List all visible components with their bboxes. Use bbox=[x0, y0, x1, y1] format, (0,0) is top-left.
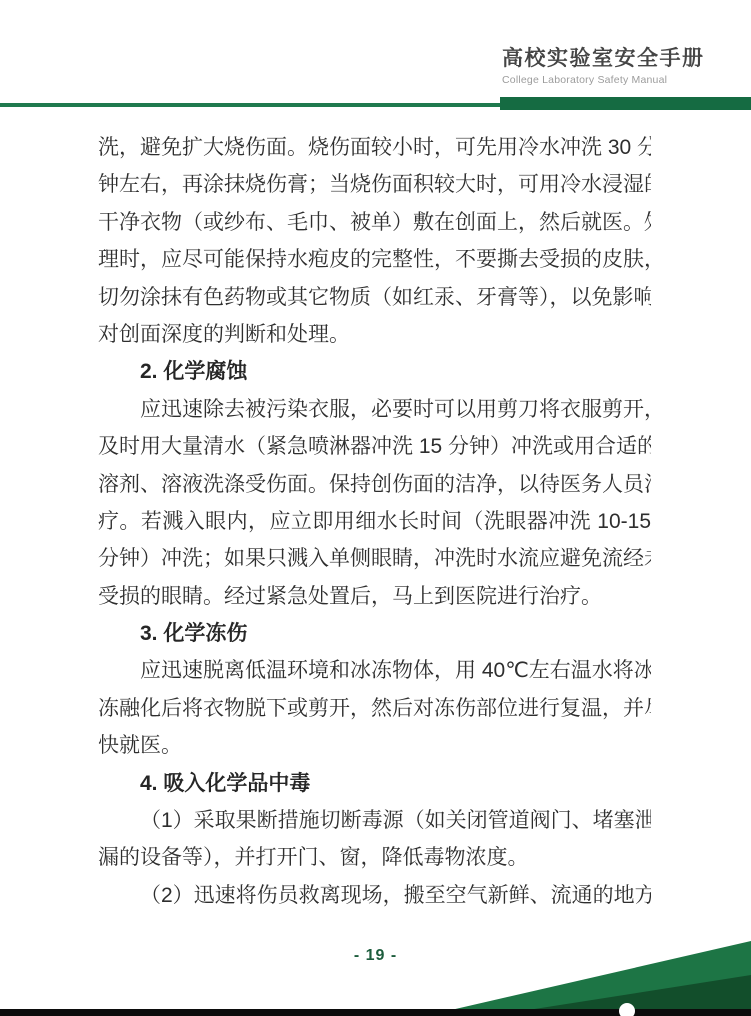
text-line: （2）迅速将伤员救离现场，搬至空气新鲜、流通的地方， bbox=[98, 877, 651, 914]
header: 高校实验室安全手册 College Laboratory Safety Manu… bbox=[502, 47, 712, 86]
footer-swoosh-graphic bbox=[0, 936, 751, 1016]
page-body: 洗，避免扩大烧伤面。烧伤面较小时，可先用冷水冲洗 30 分 钟左右，再涂抹烧伤膏… bbox=[98, 129, 651, 914]
text-line: 冻融化后将衣物脱下或剪开，然后对冻伤部位进行复温，并尽 bbox=[98, 690, 651, 727]
text-line: 应迅速除去被污染衣服，必要时可以用剪刀将衣服剪开， bbox=[98, 391, 651, 428]
text-line: 及时用大量清水（紧急喷淋器冲洗 15 分钟）冲洗或用合适的 bbox=[98, 428, 651, 465]
manual-page: 高校实验室安全手册 College Laboratory Safety Manu… bbox=[0, 0, 751, 1016]
text-line: 受损的眼睛。经过紧急处置后，马上到医院进行治疗。 bbox=[98, 578, 651, 615]
text-line: （1）采取果断措施切断毒源（如关闭管道阀门、堵塞泄 bbox=[98, 802, 651, 839]
text-line: 切勿涂抹有色药物或其它物质（如红汞、牙膏等），以免影响 bbox=[98, 279, 651, 316]
section-heading: 2. 化学腐蚀 bbox=[98, 353, 651, 390]
header-title: 高校实验室安全手册 bbox=[502, 47, 712, 71]
text-line: 对创面深度的判断和处理。 bbox=[98, 316, 651, 353]
text-line: 洗，避免扩大烧伤面。烧伤面较小时，可先用冷水冲洗 30 分 bbox=[98, 129, 651, 166]
text-line: 应迅速脱离低温环境和冰冻物体，用 40℃左右温水将冰 bbox=[98, 652, 651, 689]
text-line: 溶剂、溶液洗涤受伤面。保持创伤面的洁净，以待医务人员治 bbox=[98, 466, 651, 503]
text-line: 干净衣物（或纱布、毛巾、被单）敷在创面上，然后就医。处 bbox=[98, 204, 651, 241]
text-line: 漏的设备等），并打开门、窗，降低毒物浓度。 bbox=[98, 839, 651, 876]
text-line: 快就医。 bbox=[98, 727, 651, 764]
section-heading: 3. 化学冻伤 bbox=[98, 615, 651, 652]
bottom-black-bar bbox=[0, 1009, 751, 1016]
text-line: 理时，应尽可能保持水疱皮的完整性，不要撕去受损的皮肤， bbox=[98, 241, 651, 278]
text-line: 疗。若溅入眼内，应立即用细水长时间（洗眼器冲洗 10-15 bbox=[98, 503, 651, 540]
text-line: 分钟）冲洗；如果只溅入单侧眼睛，冲洗时水流应避免流经未 bbox=[98, 540, 651, 577]
section-heading: 4. 吸入化学品中毒 bbox=[98, 765, 651, 802]
header-subtitle: College Laboratory Safety Manual bbox=[502, 74, 712, 86]
header-accent-bar bbox=[500, 97, 751, 110]
text-line: 钟左右，再涂抹烧伤膏；当烧伤面积较大时，可用冷水浸湿的 bbox=[98, 166, 651, 203]
